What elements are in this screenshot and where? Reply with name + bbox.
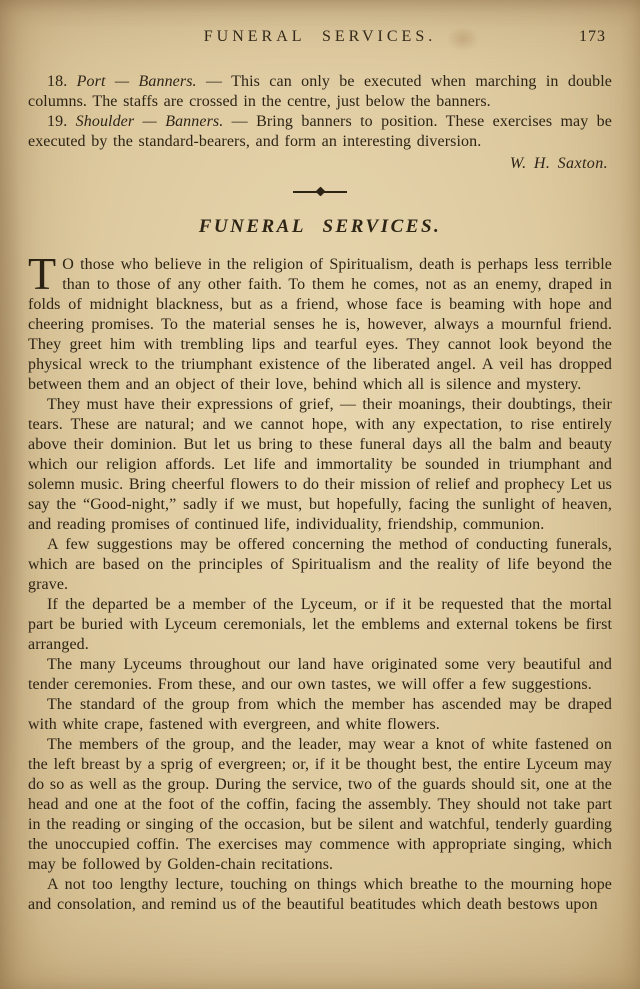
body-paragraph: The members of the group, and the leader… — [28, 735, 612, 875]
running-head: FUNERAL SERVICES. 173 — [28, 28, 612, 50]
scanned-book-page: FUNERAL SERVICES. 173 18. Port — Banners… — [0, 0, 640, 989]
running-title: FUNERAL SERVICES. — [204, 28, 436, 46]
divider-diamond-icon — [315, 187, 325, 197]
section-title: FUNERAL SERVICES. — [28, 216, 612, 238]
section-divider-ornament-icon — [293, 188, 347, 195]
item-number: 18. — [47, 73, 67, 90]
page-content: FUNERAL SERVICES. 173 18. Port — Banners… — [0, 0, 640, 915]
divider-rule-left — [293, 191, 318, 193]
body-paragraph-opening: TO those who believe in the religion of … — [28, 255, 612, 395]
item-number: 19. — [47, 113, 67, 130]
body-paragraph: The many Lyceums throughout our land hav… — [28, 655, 612, 695]
opening-paragraph-text: O those who believe in the religion of S… — [28, 256, 612, 393]
drill-item-19: 19. Shoulder — Banners. — Bring banners … — [28, 112, 612, 152]
item-term: Port — Banners. — [77, 73, 197, 90]
body-paragraph: If the departed be a member of the Lyceu… — [28, 595, 612, 655]
drop-cap: T — [28, 255, 62, 294]
body-paragraph: They must have their expressions of grie… — [28, 395, 612, 535]
body-paragraph: A not too lengthy lecture, touching on t… — [28, 875, 612, 915]
drill-items: 18. Port — Banners. — This can only be e… — [28, 72, 612, 152]
body-paragraph: A few suggestions may be offered concern… — [28, 535, 612, 595]
page-number: 173 — [579, 28, 606, 46]
item-term: Shoulder — Banners. — [76, 113, 224, 130]
drill-item-18: 18. Port — Banners. — This can only be e… — [28, 72, 612, 112]
author-attribution: W. H. Saxton. — [28, 154, 612, 174]
divider-rule-right — [323, 191, 348, 193]
body-text: TO those who believe in the religion of … — [28, 255, 612, 915]
body-paragraph: The standard of the group from which the… — [28, 695, 612, 735]
